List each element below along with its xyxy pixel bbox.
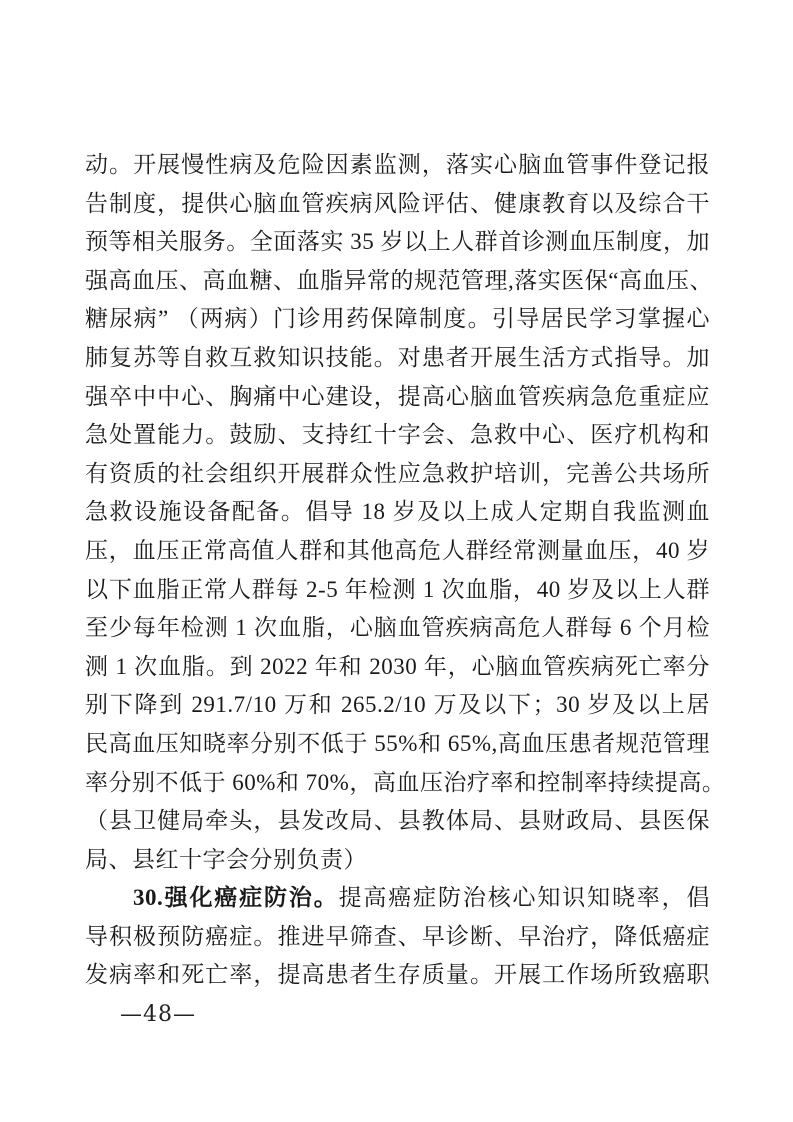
para-30-line: 导积极预防癌症。推进早筛查、早诊断、早治疗，降低癌症 bbox=[85, 918, 710, 957]
para-29-line: 糖尿病” （两病）门诊用药保障制度。引导居民学习掌握心 bbox=[85, 300, 710, 339]
para-30-number-title: 30.强化癌症防治。 bbox=[133, 885, 339, 910]
para-29-line: 急处置能力。鼓励、支持红十字会、急救中心、医疗机构和 bbox=[85, 416, 710, 455]
body-text-block: 动。开展慢性病及危险因素监测，落实心脑血管事件登记报 告制度，提供心脑血管疾病风… bbox=[85, 146, 710, 995]
para-29-last-line: 局、县红十字会分别负责） bbox=[85, 841, 710, 880]
para-29-line: 肺复苏等自救互救知识技能。对患者开展生活方式指导。加 bbox=[85, 339, 710, 378]
para-29-line: （县卫健局牵头，县发改局、县教体局、县财政局、县医保 bbox=[85, 802, 710, 841]
para-29-line: 告制度，提供心脑血管疾病风险评估、健康教育以及综合干 bbox=[85, 185, 710, 224]
page-number: —48— bbox=[120, 1000, 196, 1030]
para-30-first-line: 30.强化癌症防治。提高癌症防治核心知识知晓率，倡 bbox=[85, 879, 710, 918]
para-29-line: 别下降到 291.7/10 万和 265.2/10 万及以下；30 岁及以上居 bbox=[85, 686, 710, 725]
para-29-line: 以下血脂正常人群每 2-5 年检测 1 次血脂，40 岁及以上人群 bbox=[85, 571, 710, 610]
para-29-line: 动。开展慢性病及危险因素监测，落实心脑血管事件登记报 bbox=[85, 146, 710, 185]
para-30-line: 发病率和死亡率，提高患者生存质量。开展工作场所致癌职 bbox=[85, 956, 710, 995]
para-29-line: 民高血压知晓率分别不低于 55%和 65%,高血压患者规范管理 bbox=[85, 725, 710, 764]
para-29-line: 强卒中中心、胸痛中心建设，提高心脑血管疾病急危重症应 bbox=[85, 378, 710, 417]
para-29-line: 率分别不低于 60%和 70%，高血压治疗率和控制率持续提高。 bbox=[85, 764, 710, 803]
para-29-line: 测 1 次血脂。到 2022 年和 2030 年，心脑血管疾病死亡率分 bbox=[85, 648, 710, 687]
para-30-first-line-text: 提高癌症防治核心知识知晓率，倡 bbox=[339, 885, 710, 910]
para-29-line: 预等相关服务。全面落实 35 岁以上人群首诊测血压制度，加 bbox=[85, 223, 710, 262]
para-29-line: 压，血压正常高值人群和其他高危人群经常测量血压，40 岁 bbox=[85, 532, 710, 571]
para-29-line: 至少每年检测 1 次血脂，心脑血管疾病高危人群每 6 个月检 bbox=[85, 609, 710, 648]
para-29-line: 有资质的社会组织开展群众性应急救护培训，完善公共场所 bbox=[85, 455, 710, 494]
para-29-line: 急救设施设备配备。倡导 18 岁及以上成人定期自我监测血 bbox=[85, 493, 710, 532]
para-29-line: 强高血压、高血糖、血脂异常的规范管理,落实医保“高血压、 bbox=[85, 262, 710, 301]
document-page: 动。开展慢性病及危险因素监测，落实心脑血管事件登记报 告制度，提供心脑血管疾病风… bbox=[0, 0, 793, 1122]
